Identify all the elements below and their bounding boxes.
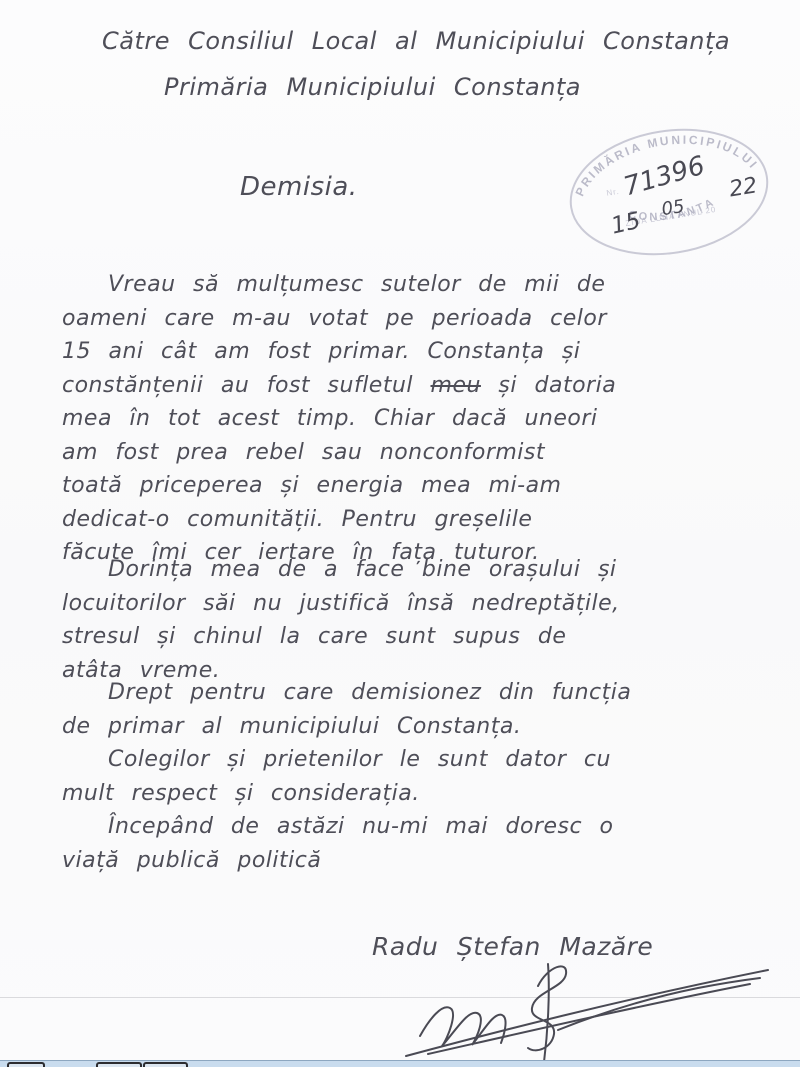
letter-title: Demisia. bbox=[240, 172, 358, 202]
cutoff-button-2[interactable] bbox=[96, 1062, 142, 1067]
stamp-nr-label: Nr. bbox=[606, 187, 620, 198]
handwritten-line: mult respect și considerația. bbox=[62, 777, 772, 811]
paragraph-3: Drept pentru care demisionez din funcția… bbox=[62, 676, 772, 743]
handwritten-line: stresul și chinul la care sunt supus de bbox=[62, 620, 772, 654]
handwritten-line: constănțenii au fost sufletul meu și dat… bbox=[62, 369, 772, 403]
stamp-day: 15 bbox=[609, 208, 643, 240]
addressee-line-2: Primăria Municipiului Constanța bbox=[164, 70, 730, 104]
scanned-letter-page: Către Consiliul Local al Municipiului Co… bbox=[0, 0, 800, 1067]
handwritten-line: de primar al municipiului Constanța. bbox=[62, 710, 772, 744]
line-segment: constănțenii au fost sufletul bbox=[62, 373, 431, 398]
stamp-year: 22 bbox=[727, 173, 759, 202]
addressee-line-1: Către Consiliul Local al Municipiului Co… bbox=[102, 24, 730, 58]
paragraph-1: Vreau să mulțumesc sutelor de mii de oam… bbox=[62, 268, 772, 570]
handwritten-line: locuitorilor săi nu justifică însă nedre… bbox=[62, 587, 772, 621]
handwritten-line: Drept pentru care demisionez din funcția bbox=[62, 676, 772, 710]
addressee-block: Către Consiliul Local al Municipiului Co… bbox=[102, 24, 730, 104]
cutoff-button-1[interactable] bbox=[7, 1062, 45, 1067]
registration-stamp: PRIMĂRIA MUNICIPIULUI CONSTANȚA Nr. ZIUA… bbox=[554, 110, 784, 274]
cutoff-button-3[interactable] bbox=[143, 1062, 188, 1067]
cutoff-ui-bar bbox=[0, 1060, 800, 1067]
signature-graphic bbox=[398, 952, 780, 1064]
paragraph-2: Dorința mea de a face bine orașului și l… bbox=[62, 553, 772, 687]
handwritten-line: Dorința mea de a face bine orașului și bbox=[62, 553, 772, 587]
handwritten-line: Vreau să mulțumesc sutelor de mii de bbox=[62, 268, 772, 302]
stamp-month: 05 bbox=[660, 196, 686, 220]
paragraph-4: Colegilor și prietenilor le sunt dator c… bbox=[62, 743, 772, 810]
handwritten-line: toată priceperea și energia mea mi-am bbox=[62, 469, 772, 503]
struck-word: meu bbox=[431, 373, 481, 398]
paragraph-5: Începând de astăzi nu-mi mai doresc o vi… bbox=[62, 810, 772, 877]
handwritten-line: viață publică politică bbox=[62, 844, 772, 878]
stamp-graphic: PRIMĂRIA MUNICIPIULUI CONSTANȚA Nr. ZIUA… bbox=[554, 110, 784, 274]
handwritten-line: am fost prea rebel sau nonconformist bbox=[62, 436, 772, 470]
line-segment: și datoria bbox=[481, 373, 616, 398]
handwritten-line: Începând de astăzi nu-mi mai doresc o bbox=[62, 810, 772, 844]
handwritten-line: mea în tot acest timp. Chiar dacă uneori bbox=[62, 402, 772, 436]
stamp-registration-number: 71396 bbox=[620, 151, 708, 203]
handwritten-line: oameni care m-au votat pe perioada celor bbox=[62, 302, 772, 336]
signature-scrawl bbox=[398, 952, 780, 1067]
handwritten-line: dedicat-o comunității. Pentru greșelile bbox=[62, 503, 772, 537]
handwritten-line: Colegilor și prietenilor le sunt dator c… bbox=[62, 743, 772, 777]
handwritten-line: 15 ani cât am fost primar. Constanța și bbox=[62, 335, 772, 369]
